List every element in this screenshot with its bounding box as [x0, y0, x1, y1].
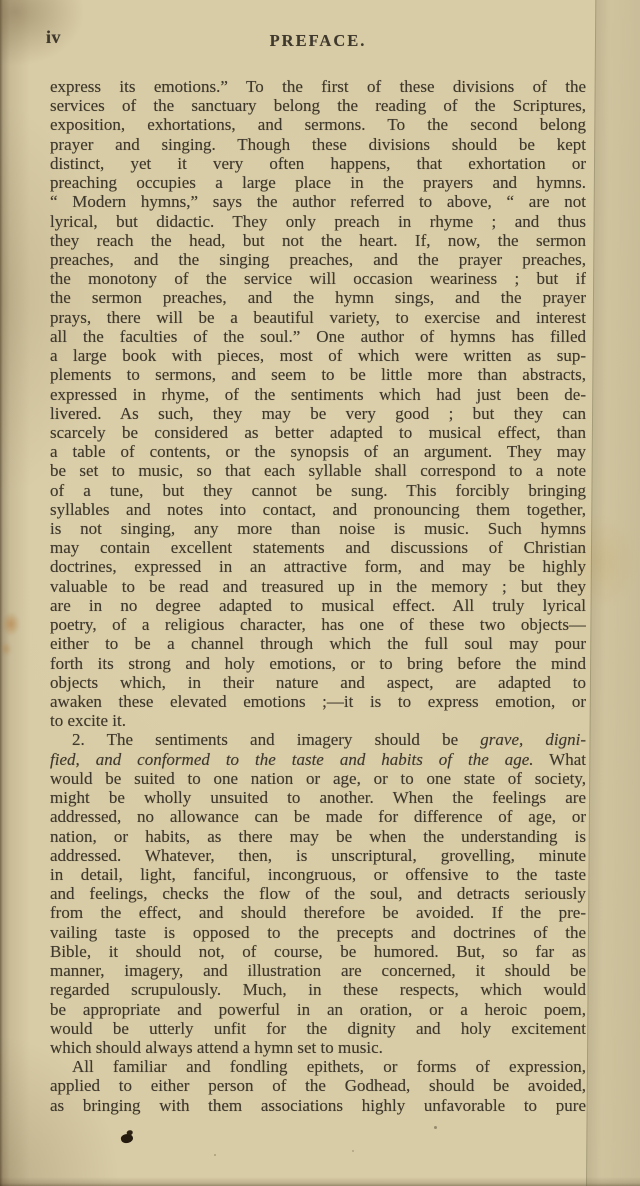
text-line: services of the sanctuary belong the rea…: [50, 96, 586, 115]
paper-speck: [434, 1126, 437, 1129]
text-line: the sermon preaches, and the hymn sings,…: [50, 288, 586, 307]
text-line: they reach the head, but not the heart. …: [50, 231, 586, 250]
text-line: a large book with pieces, most of which …: [50, 346, 586, 365]
text-line: would be suited to one nation or age, or…: [50, 769, 586, 788]
text-line: prayer and singing. Though these divisio…: [50, 135, 586, 154]
text-line: forth its strong and holy emotions, or t…: [50, 654, 586, 673]
text-line: “ Modern hymns,” says the author referre…: [50, 192, 586, 211]
paragraph: All familiar and fondling epithets, or f…: [50, 1057, 586, 1115]
text-line: might be wholly unsuited to another. Whe…: [50, 788, 586, 807]
text-line: vailing taste is opposed to the precepts…: [50, 923, 586, 942]
text-line: regarded scrupulously. Much, in these re…: [50, 980, 586, 999]
text-block: express its emotions.” To the first of t…: [50, 77, 586, 1115]
text-line: poetry, of a religious character, has on…: [50, 615, 586, 634]
rust-stain-small: [0, 642, 12, 656]
text-line: scarcely be considered as better adapted…: [50, 423, 586, 442]
text-line: Bible, it should not, of course, be humo…: [50, 942, 586, 961]
text-line: distinct, yet it very often happens, tha…: [50, 154, 586, 173]
text-line: doctrines, expressed in an attractive fo…: [50, 557, 586, 576]
text-line: preaching occupies a large place in the …: [50, 173, 586, 192]
text-line: addressed. Whatever, then, is unscriptur…: [50, 846, 586, 865]
text-line: fied, and conformed to the taste and hab…: [50, 750, 586, 769]
text-line: a table of contents, or the synopsis of …: [50, 442, 586, 461]
paper-speck: [352, 1150, 354, 1152]
text-line: syllables and notes into contact, and pr…: [50, 500, 586, 519]
text-line: may contain excellent statements and dis…: [50, 538, 586, 557]
text-line: the monotony of the service will occasio…: [50, 269, 586, 288]
text-line: as bringing with them associations highl…: [50, 1096, 586, 1115]
text-line: nation, or habits, as there may be when …: [50, 827, 586, 846]
text-line: manner, imagery, and illustration are co…: [50, 961, 586, 980]
paragraph: express its emotions.” To the first of t…: [50, 77, 586, 730]
text-line: All familiar and fondling epithets, or f…: [50, 1057, 586, 1076]
text-line: addressed, no allowance can be made for …: [50, 807, 586, 826]
rust-stain: [2, 612, 20, 636]
text-line: expressed in rhyme, of the sentiments wh…: [50, 385, 586, 404]
paragraph: 2. The sentiments and imagery should be …: [50, 730, 586, 1057]
text-line: applied to either person of the Godhead,…: [50, 1076, 586, 1095]
book-page: iv PREFACE. express its emotions.” To th…: [0, 0, 640, 1186]
text-line: plements to sermons, and seem to be litt…: [50, 365, 586, 384]
text-line: would be utterly unfit for the dignity a…: [50, 1019, 586, 1038]
text-line: and feelings, checks the flow of the sou…: [50, 884, 586, 903]
text-line: are in no degree adapted to musical effe…: [50, 596, 586, 615]
text-line: from the effect, and should therefore be…: [50, 903, 586, 922]
text-line: preaches, and the singing preaches, and …: [50, 250, 586, 269]
text-line: exposition, exhortations, and sermons. T…: [50, 115, 586, 134]
text-line: be set to music, so that each syllable s…: [50, 461, 586, 480]
text-line: lyrical, but didactic. They only preach …: [50, 212, 586, 231]
page-title: PREFACE.: [50, 31, 586, 51]
text-line: awaken these elevated emotions ;—it is t…: [50, 692, 586, 711]
text-line: all the faculties of the soul.” One auth…: [50, 327, 586, 346]
text-line: which should always attend a hymn set to…: [50, 1038, 586, 1057]
ink-blot: [120, 1133, 134, 1145]
text-line: valuable to be read and treasured up in …: [50, 577, 586, 596]
paper-speck: [214, 1154, 216, 1156]
text-line: prays, there will be a beautiful variety…: [50, 308, 586, 327]
text-line: to excite it.: [50, 711, 586, 730]
text-line: in detail, light, fanciful, incongruous,…: [50, 865, 586, 884]
text-line: livered. As such, they may be very good …: [50, 404, 586, 423]
text-line: is not singing, any more than noise is m…: [50, 519, 586, 538]
text-line: 2. The sentiments and imagery should be …: [50, 730, 586, 749]
page-edge-shadow: [586, 0, 640, 1186]
text-line: either to be a channel through which the…: [50, 634, 586, 653]
text-line: be appropriate and powerful in an oratio…: [50, 1000, 586, 1019]
text-line: objects which, in their nature and aspec…: [50, 673, 586, 692]
text-line: express its emotions.” To the first of t…: [50, 77, 586, 96]
text-line: of a tune, but they cannot be sung. This…: [50, 481, 586, 500]
